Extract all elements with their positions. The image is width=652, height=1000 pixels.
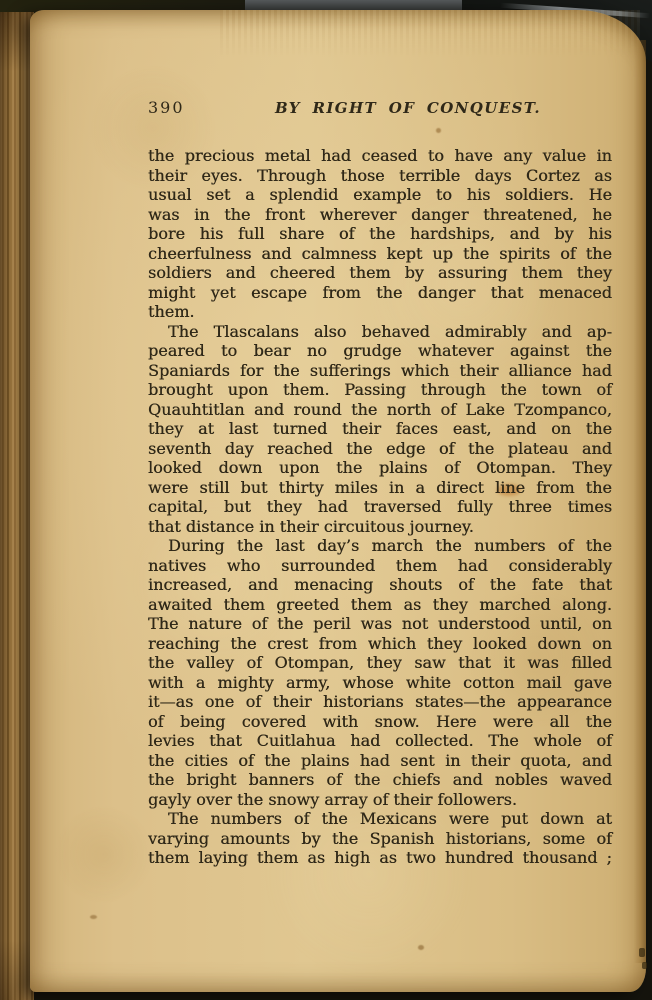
text-line: thecitiesoftheplainshadsentintheirquota,… [148, 751, 612, 771]
text-line: thepreciousmetalhadceasedtohaveanyvaluei… [148, 146, 612, 166]
text-line: broughtuponthem.Passingthroughthetownof [148, 380, 612, 400]
text-line: werestillbutthirtymilesinadirectlinefrom… [148, 478, 612, 498]
text-line: QuauhtitlanandroundthenorthofLakeTzompan… [148, 400, 612, 420]
text-line: withamightyarmy,whosewhitecottonmailgave [148, 673, 612, 693]
text-line: gayly over the snowy array of their foll… [148, 790, 612, 810]
stain [90, 915, 97, 919]
text-line: thebrightbannersofthechiefsandnobleswave… [148, 770, 612, 790]
running-header: BY RIGHT OF CONQUEST. [244, 99, 612, 117]
text-line: increased,andmenacingshoutsofthefatethat [148, 575, 612, 595]
edge-tear-mark [639, 948, 645, 957]
text-line: that distance in their circuitous journe… [148, 517, 612, 537]
text-line: varyingamountsbytheSpanishhistorians,som… [148, 829, 612, 849]
text-line: theireyes.ThroughthoseterribledaysCortez… [148, 166, 612, 186]
book-page: 390 BY RIGHT OF CONQUEST. thepreciousmet… [30, 10, 646, 992]
text-line: it—asoneoftheirhistoriansstates—theappea… [148, 692, 612, 712]
page-right-edge [634, 40, 646, 963]
stain [418, 945, 424, 950]
text-line: reachingthecrestfromwhichtheylookeddowno… [148, 634, 612, 654]
text-line: ThenumbersoftheMexicanswereputdownat [148, 809, 612, 829]
text-line: borehisfullshareofthehardships,andbyhis [148, 224, 612, 244]
text-line: themlayingthemashighastwohundredthousand… [148, 848, 612, 868]
text-line: nativeswhosurroundedthemhadconsiderably [148, 556, 612, 576]
text-line: capital,buttheyhadtraversedfullythreetim… [148, 497, 612, 517]
text-line: Duringthelastday’smarchthenumbersofthe [148, 536, 612, 556]
paragraph: Duringthelastday’smarchthenumbersofthena… [148, 536, 612, 809]
text-line: Spaniardsforthesufferingswhichtheirallia… [148, 361, 612, 381]
text-line: soldiersandcheeredthembyassuringthemthey [148, 263, 612, 283]
book-scan: 390 BY RIGHT OF CONQUEST. thepreciousmet… [0, 0, 652, 1000]
text-line: mightyetescapefromthedangerthatmenaced [148, 283, 612, 303]
text-line: thevalleyofOtompan,theysawthatitwasfille… [148, 653, 612, 673]
text-line: seventhdayreachedtheedgeoftheplateauand [148, 439, 612, 459]
paragraph: ThenumbersoftheMexicanswereputdownatvary… [148, 809, 612, 868]
page-edge-stack [0, 12, 34, 1000]
text-line: leviesthatCuitlahuahadcollected.Thewhole… [148, 731, 612, 751]
text-line: wasinthefrontwhereverdangerthreatened,he [148, 205, 612, 225]
page-text: thepreciousmetalhadceasedtohaveanyvaluei… [148, 146, 612, 868]
text-line: awaitedthemgreetedthemastheymarchedalong… [148, 595, 612, 615]
edge-tear-mark [642, 962, 647, 969]
paragraph: thepreciousmetalhadceasedtohaveanyvaluei… [148, 146, 612, 322]
text-line: theyatlastturnedtheirfaceseast,andonthe [148, 419, 612, 439]
text-line: pearedtobearnogrudgewhateveragainstthe [148, 341, 612, 361]
top-edge-streaks [220, 10, 640, 58]
text-line: cheerfulnessandcalmnesskeptupthespiritso… [148, 244, 612, 264]
paragraph: TheTlascalansalsobehavedadmirablyandap-p… [148, 322, 612, 537]
text-line: ofbeingcoveredwithsnow.Herewereallthe [148, 712, 612, 732]
running-header-row: 390 BY RIGHT OF CONQUEST. [148, 98, 612, 122]
text-line: them. [148, 302, 612, 322]
text-line: Thenatureoftheperilwasnotunderstooduntil… [148, 614, 612, 634]
text-line: lookeddownupontheplainsofOtompan.They [148, 458, 612, 478]
text-line: usualsetasplendidexampletohissoldiers.He [148, 185, 612, 205]
text-line: TheTlascalansalsobehavedadmirablyandap- [148, 322, 612, 342]
page-number: 390 [148, 98, 244, 117]
page-content: 390 BY RIGHT OF CONQUEST. thepreciousmet… [148, 98, 612, 868]
